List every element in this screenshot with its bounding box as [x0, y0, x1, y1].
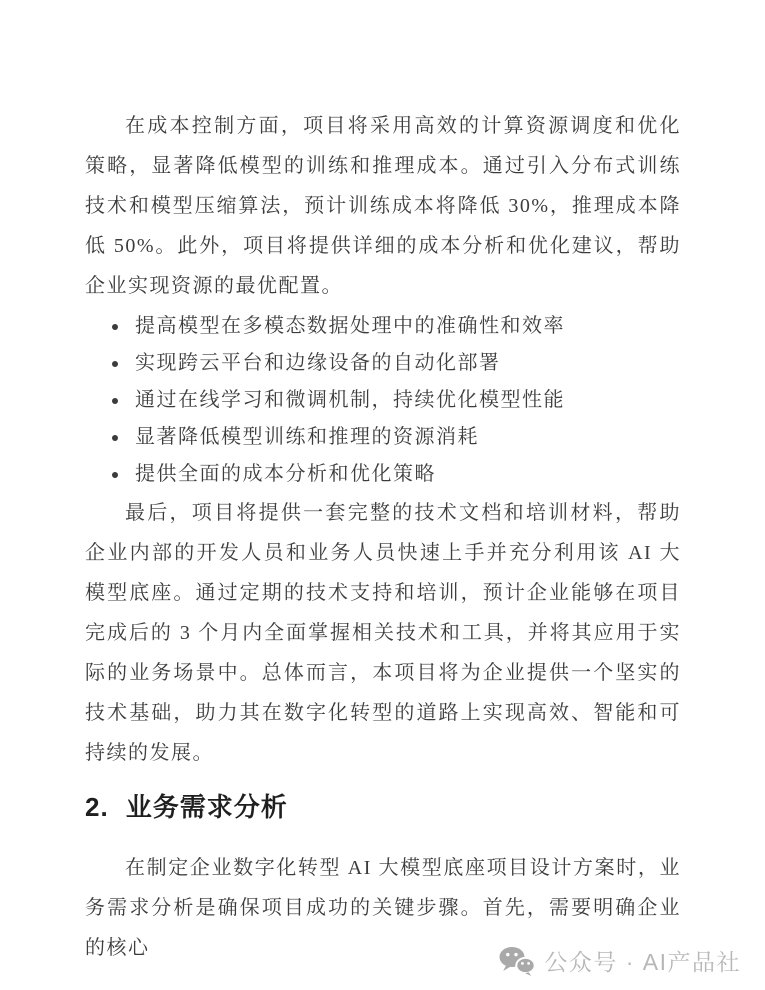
list-item: 显著降低模型训练和推理的资源消耗: [85, 419, 681, 456]
document-page: 在成本控制方面，项目将采用高效的计算资源调度和优化策略，显著降低模型的训练和推理…: [0, 0, 765, 990]
bullet-icon: [112, 324, 118, 330]
bullet-text: 实现跨云平台和边缘设备的自动化部署: [135, 352, 501, 374]
bullet-icon: [112, 472, 118, 478]
paragraph-cost-control: 在成本控制方面，项目将采用高效的计算资源调度和优化策略，显著降低模型的训练和推理…: [85, 106, 681, 306]
bullet-text: 提高模型在多模态数据处理中的准确性和效率: [135, 315, 565, 337]
list-item: 提高模型在多模态数据处理中的准确性和效率: [85, 308, 681, 345]
watermark: 公众号 · AI产品社: [499, 944, 741, 977]
list-item: 提供全面的成本分析和优化策略: [85, 456, 681, 493]
bullet-text: 提供全面的成本分析和优化策略: [135, 463, 436, 485]
list-item: 通过在线学习和微调机制，持续优化模型性能: [85, 382, 681, 419]
bullet-icon: [112, 435, 118, 441]
watermark-text: 公众号 · AI产品社: [544, 944, 741, 977]
heading-number: 2.: [85, 789, 109, 825]
bullet-list: 提高模型在多模态数据处理中的准确性和效率 实现跨云平台和边缘设备的自动化部署 通…: [85, 308, 681, 493]
heading-title: 业务需求分析: [126, 789, 288, 825]
paragraph-summary: 最后，项目将提供一套完整的技术文档和培训材料，帮助企业内部的开发人员和业务人员快…: [85, 493, 681, 773]
wechat-icon: [499, 946, 535, 976]
bullet-icon: [112, 361, 118, 367]
section-heading: 2. 业务需求分析: [85, 789, 681, 825]
bullet-text: 通过在线学习和微调机制，持续优化模型性能: [135, 389, 565, 411]
bullet-text: 显著降低模型训练和推理的资源消耗: [135, 426, 479, 448]
document-content: 在成本控制方面，项目将采用高效的计算资源调度和优化策略，显著降低模型的训练和推理…: [85, 106, 681, 968]
list-item: 实现跨云平台和边缘设备的自动化部署: [85, 345, 681, 382]
bullet-icon: [112, 398, 118, 404]
